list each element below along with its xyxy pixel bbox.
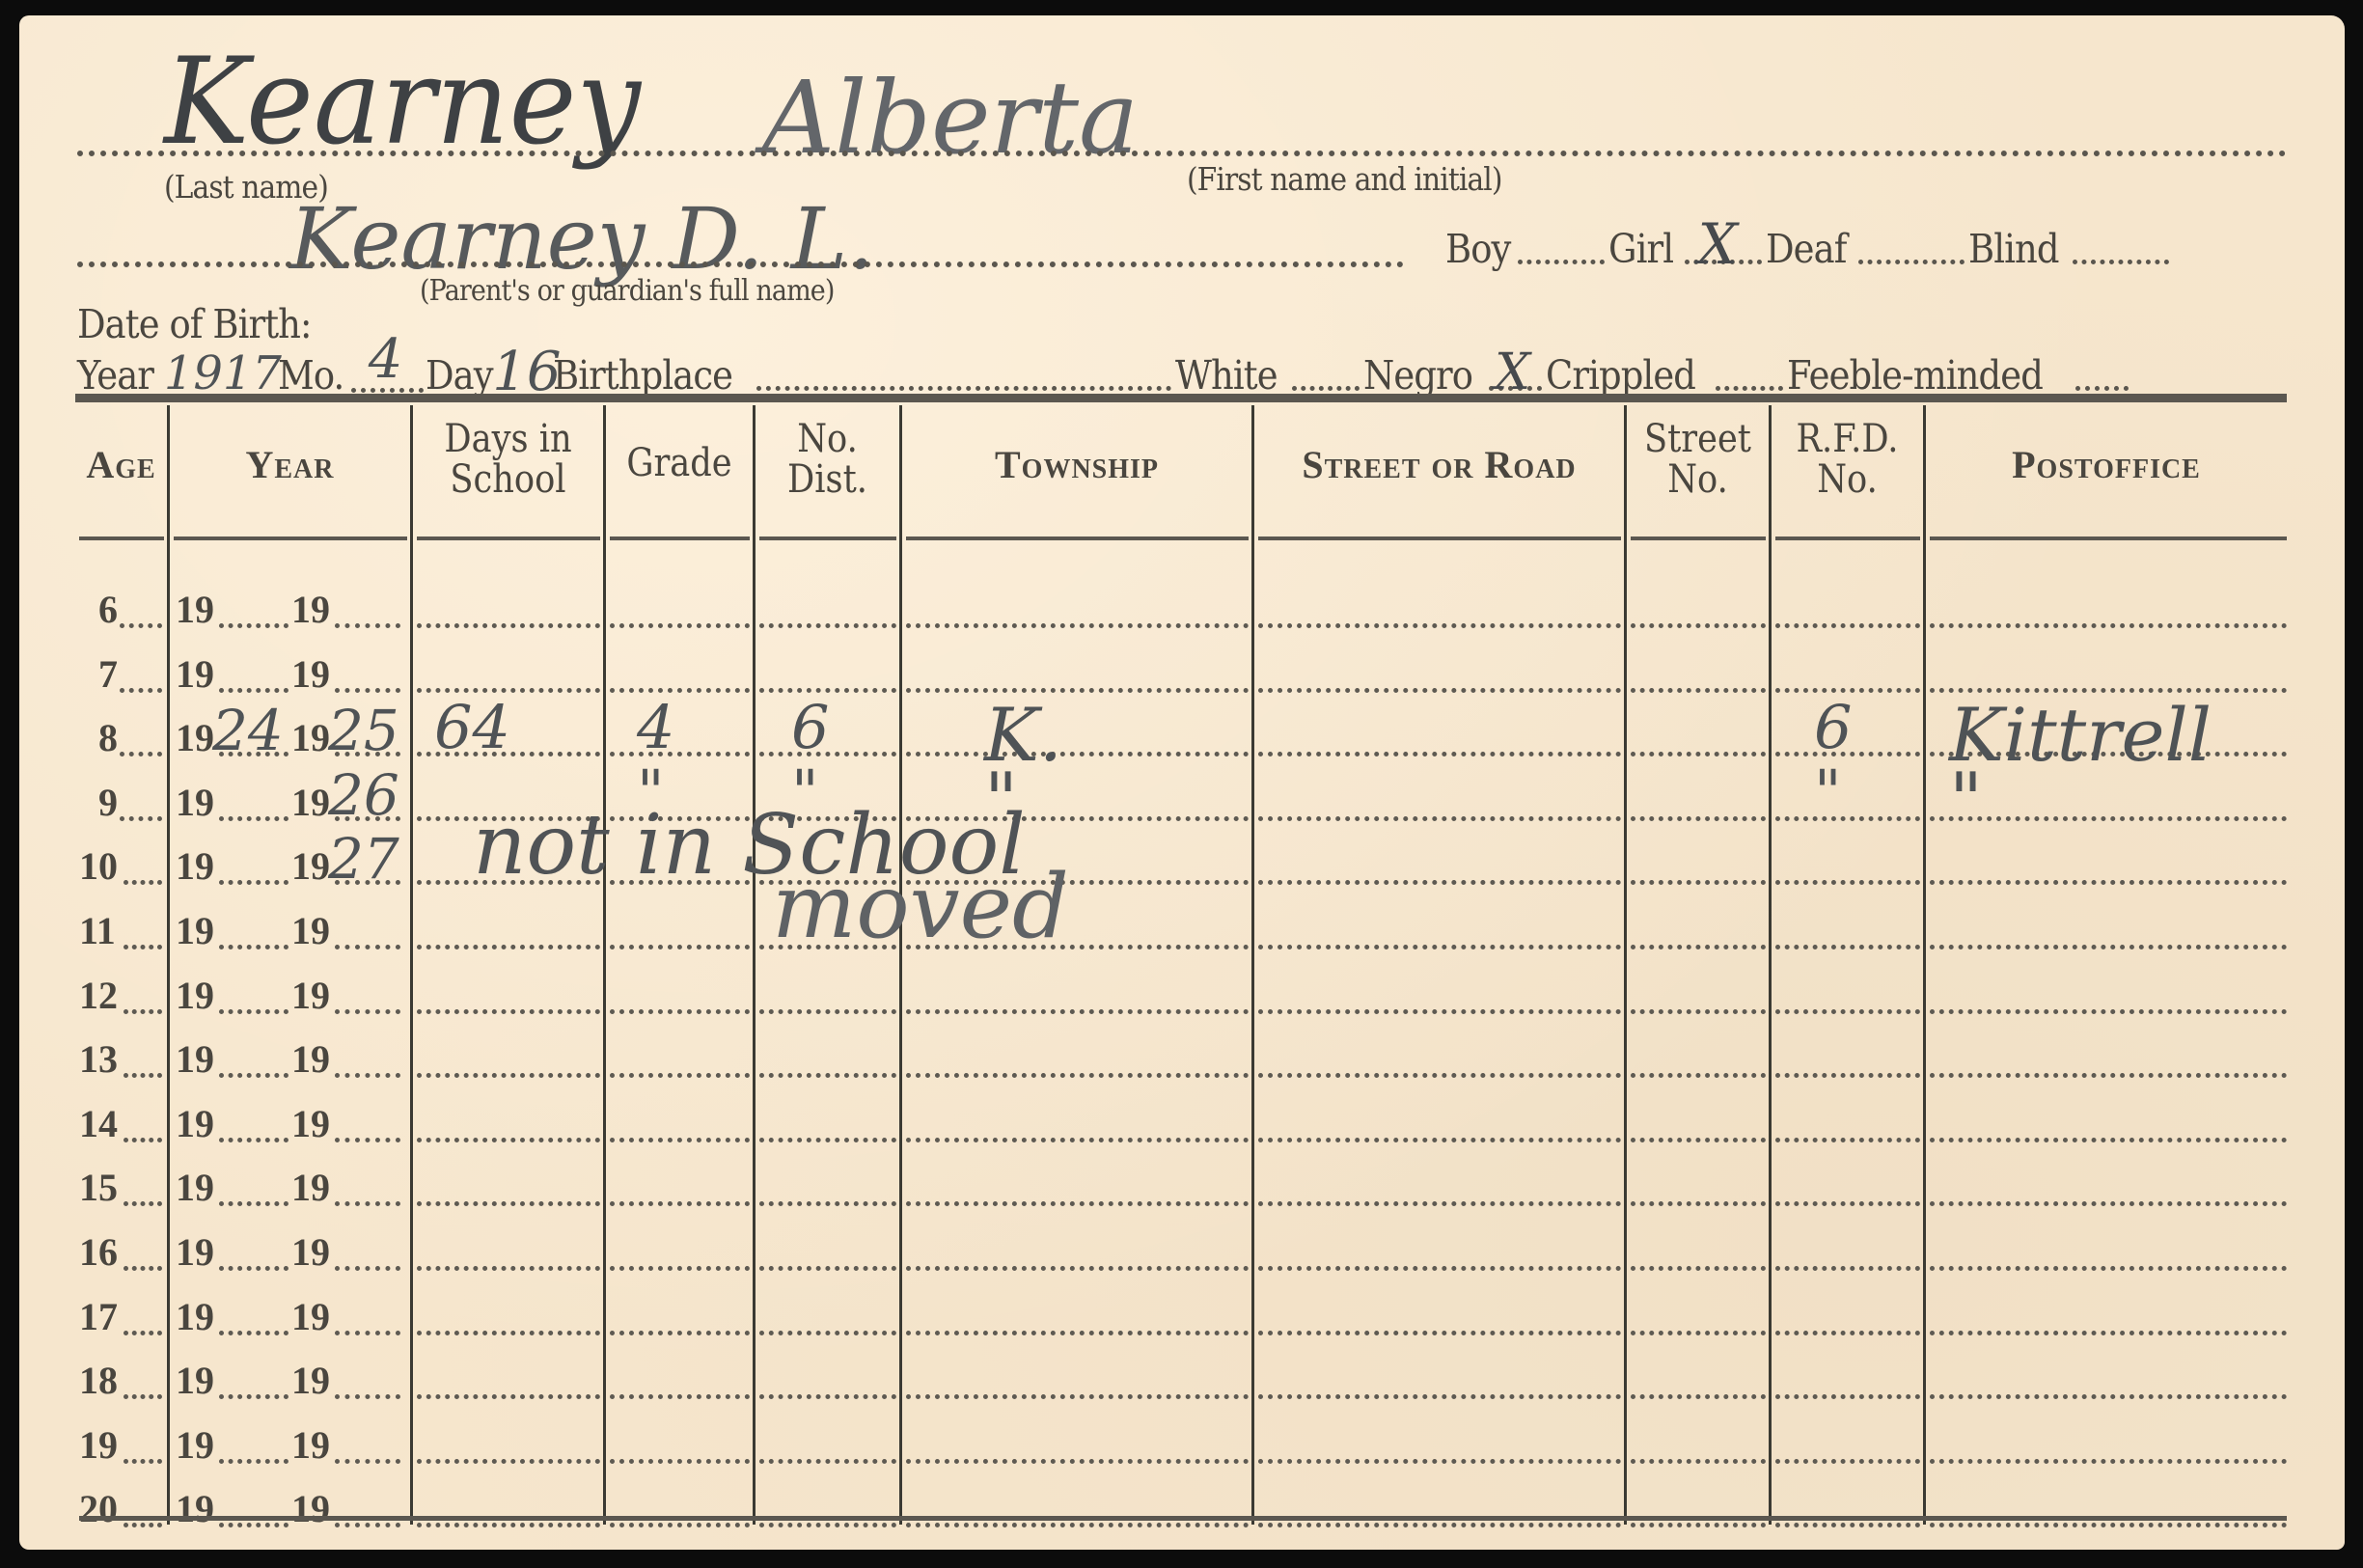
col-header-grade: Grade: [615, 443, 744, 483]
cell-rfd: 6: [1814, 692, 1852, 762]
year-to-field[interactable]: [335, 1009, 400, 1014]
header-underline: [1930, 536, 2287, 540]
year-from-field[interactable]: [219, 1523, 289, 1527]
cell-field[interactable]: [417, 1073, 600, 1078]
col-header-no-dist: No. Dist.: [764, 419, 891, 500]
col-divider: [1923, 405, 1926, 1525]
year-to-prefix: 19: [291, 1101, 330, 1146]
age-dash: [124, 1394, 162, 1399]
year-to-prefix: 19: [291, 780, 330, 825]
col-header-days-in-school: Days in School: [425, 419, 591, 500]
cell-field[interactable]: [759, 1009, 896, 1014]
cell-field[interactable]: [1258, 752, 1621, 756]
cell-field[interactable]: [610, 1331, 750, 1335]
year-from-prefix: 19: [176, 715, 214, 760]
age-dash: [124, 1201, 162, 1206]
cell-field[interactable]: [1775, 1394, 1920, 1399]
cell-field[interactable]: [1631, 880, 1766, 885]
year-to-field[interactable]: [335, 1073, 400, 1078]
cell-field[interactable]: [417, 1459, 600, 1464]
cell-field[interactable]: [610, 1459, 750, 1464]
year-to-field[interactable]: [335, 1523, 400, 1527]
col-header-street-or-road: Street or Road: [1254, 445, 1624, 485]
row-age: 17: [79, 1294, 118, 1339]
cell-field[interactable]: [1775, 1009, 1920, 1014]
age-dash: [124, 880, 162, 885]
year-to-prefix: 19: [291, 1486, 330, 1531]
age-dash: [124, 1331, 162, 1335]
year-to-prefix: 19: [291, 715, 330, 760]
cell-field[interactable]: [1930, 1073, 2287, 1078]
year-to-field[interactable]: [335, 945, 400, 949]
year-to-value: 25: [328, 698, 399, 763]
cell-field[interactable]: [1775, 880, 1920, 885]
cell-field[interactable]: [759, 623, 896, 628]
year-from-prefix: 19: [176, 1422, 214, 1468]
cell-field[interactable]: [417, 945, 600, 949]
cell-field[interactable]: [1631, 1331, 1766, 1335]
cell-field[interactable]: [417, 1009, 600, 1014]
header-underline: [1631, 536, 1766, 540]
year-from-field[interactable]: [219, 688, 289, 693]
cell-field[interactable]: [1258, 880, 1621, 885]
year-to-field[interactable]: [335, 1201, 400, 1206]
year-from-prefix: 19: [176, 1229, 214, 1275]
row-age: 6: [98, 587, 118, 632]
cell-field[interactable]: [1258, 1266, 1621, 1271]
cell-rfd: ": [1814, 756, 1842, 827]
cell-field[interactable]: [610, 1201, 750, 1206]
col-divider: [603, 405, 606, 1525]
cell-field[interactable]: [417, 1138, 600, 1142]
cell-field[interactable]: [1258, 1459, 1621, 1464]
year-from-prefix: 19: [176, 908, 214, 953]
year-to-field[interactable]: [335, 1266, 400, 1271]
year-from-field[interactable]: [219, 1201, 289, 1206]
year-from-prefix: 19: [176, 587, 214, 632]
row-age: 16: [79, 1229, 118, 1275]
row-age: 18: [79, 1358, 118, 1403]
school-census-card: Kearney Alberta (Last name) (First name …: [19, 15, 2345, 1550]
year-to-prefix: 19: [291, 1422, 330, 1468]
cell-field[interactable]: [759, 1394, 896, 1399]
age-dash: [120, 688, 162, 693]
row-age: 14: [79, 1101, 118, 1146]
cell-field[interactable]: [1930, 1266, 2287, 1271]
cell-field[interactable]: [417, 1394, 600, 1399]
cell-field[interactable]: [759, 1266, 896, 1271]
col-divider: [1251, 405, 1254, 1525]
col-header-year: Year: [170, 445, 410, 485]
cell-field[interactable]: [759, 1459, 896, 1464]
cell-field[interactable]: [1258, 1138, 1621, 1142]
cell-field[interactable]: [1631, 1201, 1766, 1206]
cell-field[interactable]: [1930, 623, 2287, 628]
col-header-township: Township: [902, 445, 1251, 485]
cell-field[interactable]: [610, 688, 750, 693]
year-to-prefix: 19: [291, 1358, 330, 1403]
cell-field[interactable]: [759, 1201, 896, 1206]
cell-field[interactable]: [906, 752, 1249, 756]
cell-field[interactable]: [1258, 1331, 1621, 1335]
cell-field[interactable]: [906, 1523, 1249, 1527]
col-divider: [167, 405, 170, 1525]
year-from-prefix: 19: [176, 1358, 214, 1403]
year-to-prefix: 19: [291, 1036, 330, 1082]
age-dash: [120, 623, 162, 628]
cell-field[interactable]: [417, 1523, 600, 1527]
year-from-field[interactable]: [219, 945, 289, 949]
year-from-prefix: 19: [176, 843, 214, 889]
year-from-prefix: 19: [176, 780, 214, 825]
year-from-field[interactable]: [219, 1138, 289, 1142]
cell-field[interactable]: [610, 945, 750, 949]
year-from-prefix: 19: [176, 651, 214, 697]
cell-field[interactable]: [1775, 623, 1920, 628]
row-age: 11: [79, 908, 116, 953]
year-from-prefix: 19: [176, 1294, 214, 1339]
year-from-field[interactable]: [219, 1331, 289, 1335]
year-to-prefix: 19: [291, 1229, 330, 1275]
cell-field[interactable]: [1930, 1201, 2287, 1206]
attendance-table: Age Year Days in School Grade No. Dist. …: [19, 15, 2345, 1550]
cell-field[interactable]: [906, 623, 1249, 628]
year-from-field[interactable]: [219, 1459, 289, 1464]
cell-postoffice: ": [1949, 756, 1983, 842]
col-divider: [1769, 405, 1772, 1525]
cell-field[interactable]: [1930, 880, 2287, 885]
header-underline: [79, 536, 164, 540]
cell-field[interactable]: [610, 1138, 750, 1142]
year-from-prefix: 19: [176, 1486, 214, 1531]
cell-field[interactable]: [906, 1266, 1249, 1271]
age-dash: [124, 1073, 162, 1078]
cell-field[interactable]: [1775, 1331, 1920, 1335]
cell-field[interactable]: [610, 1523, 750, 1527]
cell-field[interactable]: [1631, 816, 1766, 821]
row-age: 15: [79, 1165, 118, 1210]
col-header-age: Age: [75, 445, 167, 485]
cell-field[interactable]: [1930, 816, 2287, 821]
cell-field[interactable]: [1930, 1523, 2287, 1527]
cell-field[interactable]: [906, 1009, 1249, 1014]
cell-field[interactable]: [759, 1523, 896, 1527]
cell-field[interactable]: [906, 1394, 1249, 1399]
cell-field[interactable]: [610, 1073, 750, 1078]
year-from-prefix: 19: [176, 973, 214, 1018]
year-to-field[interactable]: [335, 1394, 400, 1399]
cell-field[interactable]: [1631, 945, 1766, 949]
cell-field[interactable]: [1631, 688, 1766, 693]
age-dash: [120, 816, 162, 821]
cell-field[interactable]: [1775, 816, 1920, 821]
header-underline: [417, 536, 600, 540]
cell-field[interactable]: [1775, 1073, 1920, 1078]
age-dash: [124, 1138, 162, 1142]
year-to-field[interactable]: [335, 1138, 400, 1142]
cell-field[interactable]: [759, 1331, 896, 1335]
cell-field[interactable]: [906, 1459, 1249, 1464]
year-from-prefix: 19: [176, 1101, 214, 1146]
cell-field[interactable]: [610, 752, 750, 756]
cell-field[interactable]: [1631, 1009, 1766, 1014]
year-from-field[interactable]: [219, 1266, 289, 1271]
year-from-field[interactable]: [219, 1394, 289, 1399]
year-from-field[interactable]: [219, 816, 289, 821]
cell-field[interactable]: [1631, 1073, 1766, 1078]
cell-dist: 6: [791, 692, 829, 762]
cell-field[interactable]: [1775, 1138, 1920, 1142]
year-from-field[interactable]: [219, 1009, 289, 1014]
cell-field[interactable]: [417, 1266, 600, 1271]
col-divider: [899, 405, 902, 1525]
cell-field[interactable]: [417, 623, 600, 628]
year-from-prefix: 19: [176, 1036, 214, 1082]
age-dash: [124, 1009, 162, 1014]
col-divider: [1624, 405, 1627, 1525]
footer-rule: [79, 1516, 2287, 1521]
col-header-street-no: Street No.: [1635, 419, 1760, 500]
header-underline: [610, 536, 750, 540]
cell-field[interactable]: [1631, 1523, 1766, 1527]
cell-field[interactable]: [610, 1009, 750, 1014]
cell-field[interactable]: [1930, 1459, 2287, 1464]
header-underline: [174, 536, 407, 540]
cell-field[interactable]: [1631, 1266, 1766, 1271]
cell-field[interactable]: [759, 1073, 896, 1078]
year-to-prefix: 19: [291, 1294, 330, 1339]
header-underline: [906, 536, 1249, 540]
col-header-rfd-no: R.F.D. No.: [1780, 419, 1913, 500]
age-dash: [124, 1459, 162, 1464]
cell-field[interactable]: [759, 1138, 896, 1142]
cell-field[interactable]: [1775, 945, 1920, 949]
cell-field[interactable]: [1930, 1394, 2287, 1399]
age-dash: [124, 945, 162, 949]
row-age: 19: [79, 1422, 118, 1468]
cell-field[interactable]: [1631, 1394, 1766, 1399]
year-to-prefix: 19: [291, 587, 330, 632]
year-to-prefix: 19: [291, 973, 330, 1018]
cell-field[interactable]: [1258, 945, 1621, 949]
cell-field[interactable]: [906, 688, 1249, 693]
year-to-field[interactable]: [335, 623, 400, 628]
cell-field[interactable]: [610, 623, 750, 628]
cell-field[interactable]: [1930, 1331, 2287, 1335]
cell-field[interactable]: [1258, 1201, 1621, 1206]
cell-field[interactable]: [1258, 1394, 1621, 1399]
cell-field[interactable]: [1258, 816, 1621, 821]
cell-field[interactable]: [906, 1138, 1249, 1142]
row-age: 12: [79, 973, 118, 1018]
cell-field[interactable]: [1775, 1523, 1920, 1527]
cell-field[interactable]: [906, 1331, 1249, 1335]
note-moved: moved: [772, 855, 1069, 958]
row-age: 8: [98, 715, 118, 760]
age-dash: [120, 752, 162, 756]
row-age: 13: [79, 1036, 118, 1082]
row-age: 20: [79, 1486, 118, 1531]
cell-field[interactable]: [417, 1331, 600, 1335]
cell-field[interactable]: [1631, 623, 1766, 628]
header-underline: [1775, 536, 1920, 540]
cell-field[interactable]: [1930, 1009, 2287, 1014]
cell-field[interactable]: [417, 1201, 600, 1206]
cell-field[interactable]: [1631, 752, 1766, 756]
cell-field[interactable]: [1775, 1201, 1920, 1206]
cell-field[interactable]: [906, 1073, 1249, 1078]
cell-field[interactable]: [1930, 1138, 2287, 1142]
year-to-prefix: 19: [291, 651, 330, 697]
row-age: 10: [79, 843, 118, 889]
col-divider: [753, 405, 756, 1525]
year-from-field[interactable]: [219, 623, 289, 628]
year-from-value: 24: [212, 698, 284, 763]
cell-field[interactable]: [1775, 1459, 1920, 1464]
cell-field[interactable]: [610, 1394, 750, 1399]
age-dash: [124, 1266, 162, 1271]
year-to-value: 27: [328, 826, 399, 892]
age-dash: [124, 1523, 162, 1527]
cell-field[interactable]: [1258, 1073, 1621, 1078]
col-header-postoffice: Postoffice: [1926, 445, 2287, 485]
year-to-field[interactable]: [335, 688, 400, 693]
year-from-field[interactable]: [219, 880, 289, 885]
year-to-prefix: 19: [291, 843, 330, 889]
cell-grade: 4: [637, 692, 674, 762]
cell-field[interactable]: [1258, 688, 1621, 693]
header-underline: [1258, 536, 1621, 540]
cell-days: 64: [434, 692, 510, 762]
cell-postoffice: Kittrell: [1949, 692, 2212, 778]
year-from-field[interactable]: [219, 1073, 289, 1078]
cell-field[interactable]: [906, 1201, 1249, 1206]
row-age: 9: [98, 780, 118, 825]
row-age: 7: [98, 651, 118, 697]
cell-field[interactable]: [1930, 945, 2287, 949]
cell-field[interactable]: [1258, 623, 1621, 628]
cell-field[interactable]: [1258, 1009, 1621, 1014]
year-to-field[interactable]: [335, 1331, 400, 1335]
cell-field[interactable]: [1631, 1138, 1766, 1142]
cell-field[interactable]: [610, 1266, 750, 1271]
year-from-prefix: 19: [176, 1165, 214, 1210]
cell-field[interactable]: [1775, 1266, 1920, 1271]
year-to-field[interactable]: [335, 1459, 400, 1464]
cell-field[interactable]: [1258, 1523, 1621, 1527]
cell-field[interactable]: [1631, 1459, 1766, 1464]
header-underline: [759, 536, 896, 540]
year-to-prefix: 19: [291, 908, 330, 953]
year-to-value: 26: [328, 762, 399, 828]
year-to-prefix: 19: [291, 1165, 330, 1210]
col-divider: [410, 405, 413, 1525]
